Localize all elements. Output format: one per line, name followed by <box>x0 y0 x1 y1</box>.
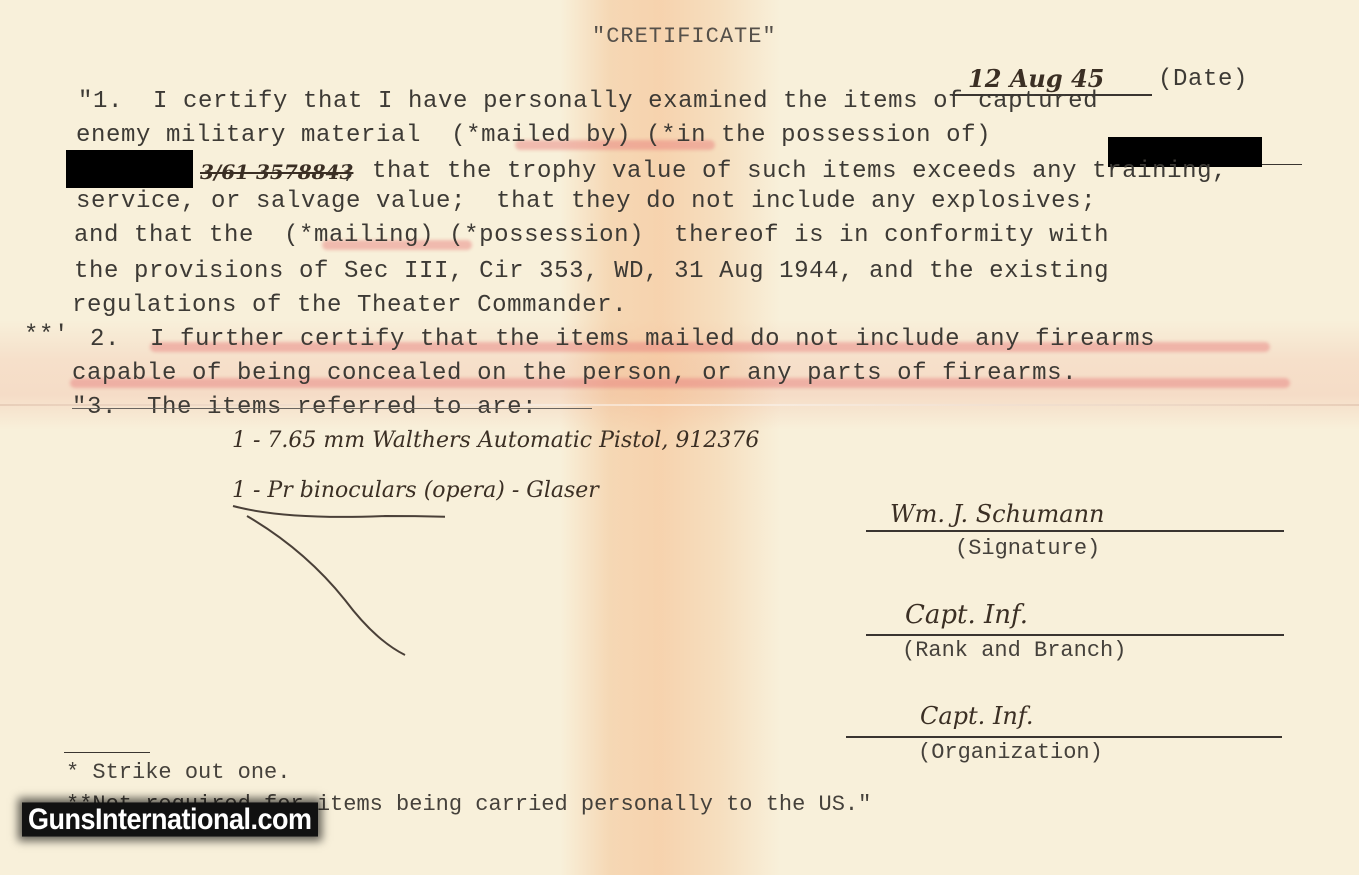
para2-line2: capable of being concealed on the person… <box>72 360 1077 387</box>
organization-label: (Organization) <box>918 740 1103 765</box>
para1-line6: the provisions of Sec III, Cir 353, WD, … <box>74 258 1109 285</box>
redacted-rank <box>66 150 193 188</box>
para1-line1: "1. I certify that I have personally exa… <box>78 88 1098 115</box>
signature-line <box>866 530 1284 532</box>
para3-strike <box>72 408 592 409</box>
watermark-logo: GunsInternational.com <box>22 802 318 836</box>
document-title: "CRETIFICATE" <box>592 24 777 49</box>
para1-line3: ; that the trophy value of such items ex… <box>342 158 1227 185</box>
footnote-rule <box>64 752 150 753</box>
rank-handwritten: Capt. Inf. <box>905 600 1028 630</box>
organization-line <box>846 736 1282 738</box>
signature-handwritten: Wm. J. Schumann <box>890 500 1104 528</box>
date-label: (Date) <box>1158 66 1248 93</box>
organization-handwritten: Capt. Inf. <box>920 702 1034 730</box>
name-line <box>1262 164 1302 165</box>
para1-line4: service, or salvage value; that they do … <box>76 188 1096 215</box>
pen-stroke <box>225 500 445 670</box>
item-1-handwritten: 1 - 7.65 mm Walthers Automatic Pistol, 9… <box>232 428 759 453</box>
footnote-strike: * Strike out one. <box>66 760 290 785</box>
para2-line1: 2. I further certify that the items mail… <box>90 326 1155 353</box>
rank-line <box>866 634 1284 636</box>
signature-label: (Signature) <box>955 536 1100 561</box>
serial-number-handwritten: 3/61 3578843 <box>200 160 353 184</box>
para1-line2: enemy military material (*mailed by) (*i… <box>76 122 991 149</box>
rank-label: (Rank and Branch) <box>902 638 1126 663</box>
para1-line7: regulations of the Theater Commander. <box>72 292 627 319</box>
para2-marker: **' <box>24 322 69 349</box>
para1-line5: and that the (*mailing) (*possession) th… <box>74 222 1109 249</box>
